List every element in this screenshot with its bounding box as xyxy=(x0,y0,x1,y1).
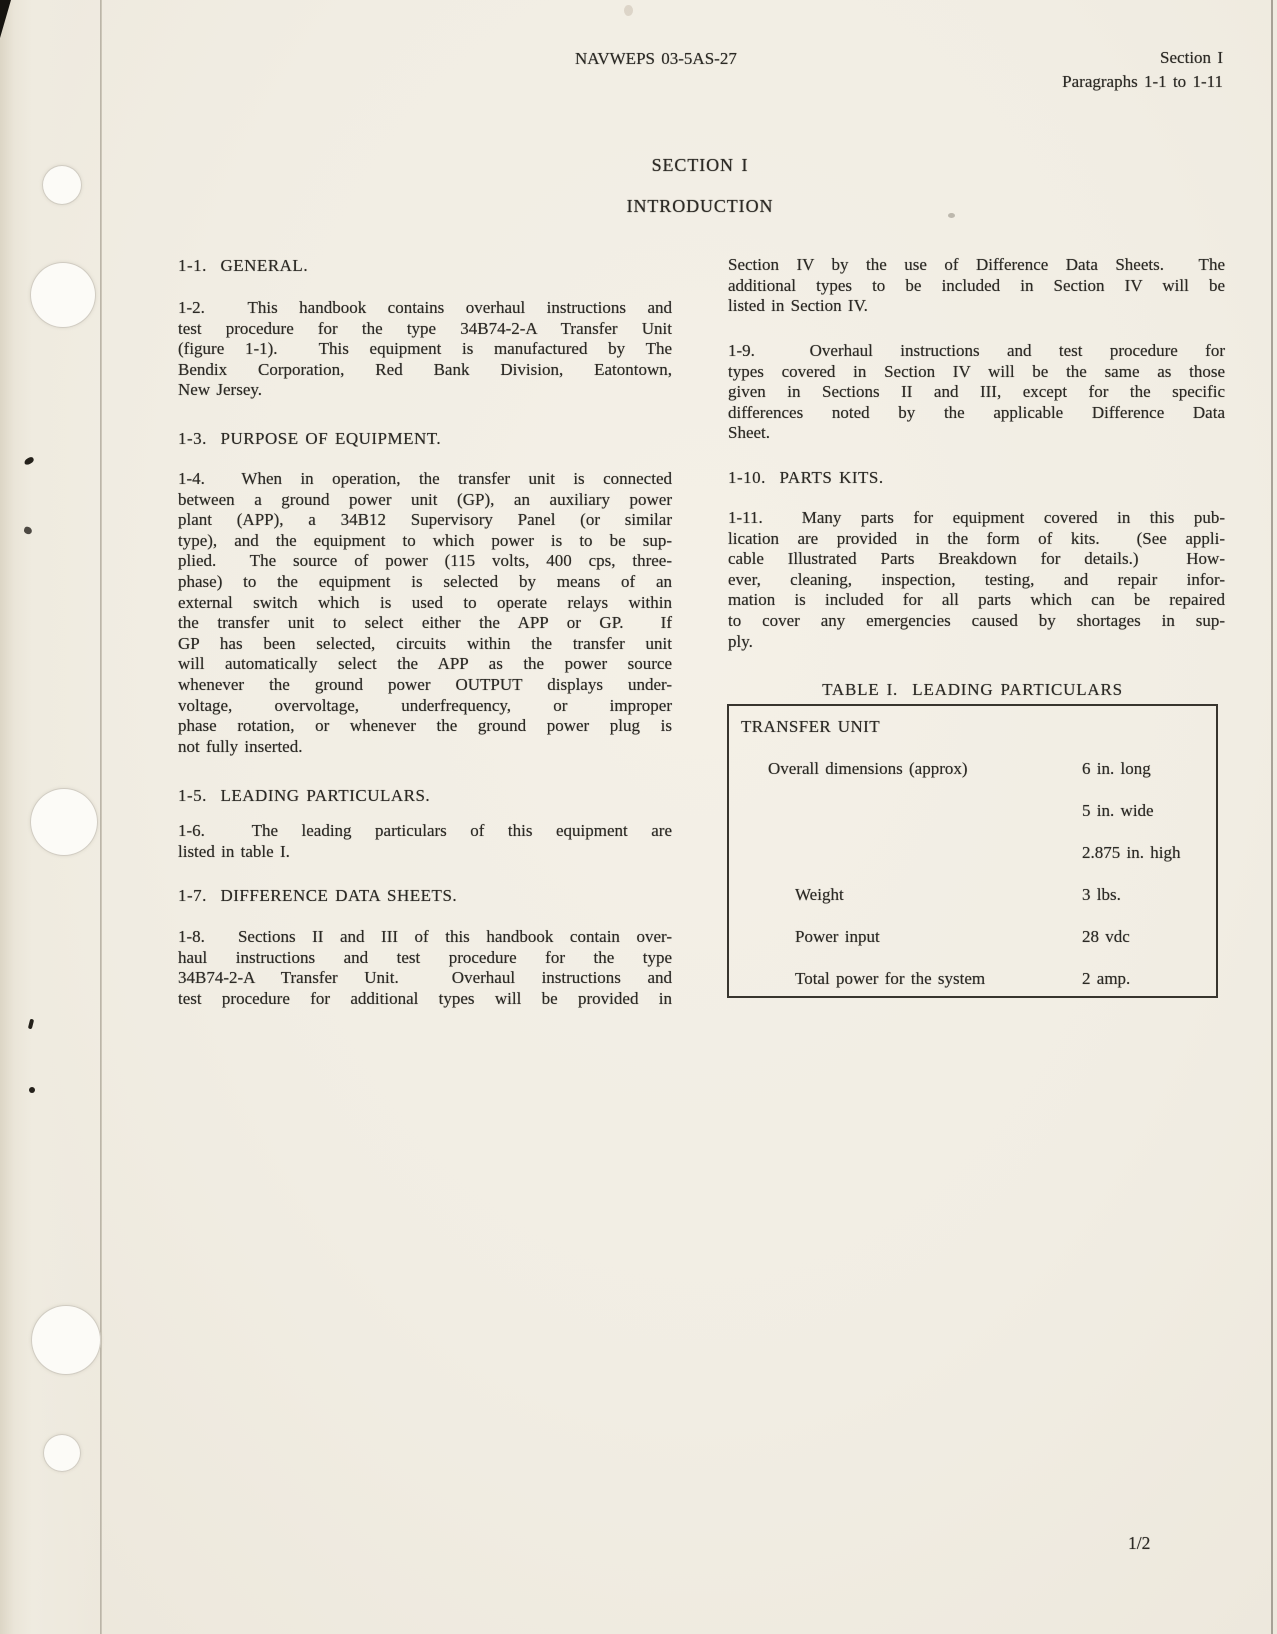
table-row: Total power for the system2 amp. xyxy=(741,969,1204,990)
text-line: 1-4. When in operation, the transfer uni… xyxy=(178,469,672,490)
text-line: type), and the equipment to which power … xyxy=(178,531,672,552)
text-line: given in Sections II and III, except for… xyxy=(728,382,1225,403)
page-number: 1/2 xyxy=(1128,1533,1150,1554)
paragraph-1-9: 1-9. Overhaul instructions and test proc… xyxy=(728,341,1225,444)
paragraph-ref: Paragraphs 1-1 to 1-11 xyxy=(905,70,1223,94)
text-line: Section IV by the use of Difference Data… xyxy=(728,255,1225,276)
doc-number: NAVWEPS 03-5AS-27 xyxy=(575,49,737,70)
text-line: plied. The source of power (115 volts, 4… xyxy=(178,551,672,572)
text-line: cable Illustrated Parts Breakdown for de… xyxy=(728,549,1225,570)
table-row-value: 2.875 in. high xyxy=(1082,843,1181,864)
table-row: TRANSFER UNIT xyxy=(741,717,1204,738)
text-line: lication are provided in the form of kit… xyxy=(728,529,1225,550)
table-row-label: Weight xyxy=(795,885,844,906)
text-line: external switch which is used to operate… xyxy=(178,593,672,614)
table-title: TABLE I. LEADING PARTICULARS xyxy=(727,680,1218,701)
text-line: New Jersey. xyxy=(178,380,672,401)
heading-1-3-purpose: 1-3. PURPOSE OF EQUIPMENT. xyxy=(178,429,672,450)
table-row: Power input28 vdc xyxy=(741,927,1204,948)
text-line: (figure 1-1). This equipment is manufact… xyxy=(178,339,672,360)
text-line: Sheet. xyxy=(728,423,1225,444)
ink-speck xyxy=(29,1087,35,1093)
text-line: haul instructions and test procedure for… xyxy=(178,948,672,969)
table-row-value: 5 in. wide xyxy=(1082,801,1154,822)
table-row-label: TRANSFER UNIT xyxy=(741,717,880,738)
binder-hole xyxy=(42,165,82,205)
table-row-value: 2 amp. xyxy=(1082,969,1130,990)
table-row: 5 in. wide xyxy=(741,801,1204,822)
section-ref: Section I xyxy=(905,46,1223,70)
text-line: ever, cleaning, inspection, testing, and… xyxy=(728,570,1225,591)
leading-particulars-table: TRANSFER UNITOverall dimensions (approx)… xyxy=(727,704,1218,998)
text-line: between a ground power unit (GP), an aux… xyxy=(178,490,672,511)
binder-hole xyxy=(43,1434,81,1472)
heading-1-5-leading-particulars: 1-5. LEADING PARTICULARS. xyxy=(178,786,672,807)
corner-ink-mark xyxy=(0,0,11,38)
text-line: phase rotation, or whenever the ground p… xyxy=(178,716,672,737)
heading-1-7-difference-data-sheets: 1-7. DIFFERENCE DATA SHEETS. xyxy=(178,886,672,907)
text-line: 34B74-2-A Transfer Unit. Overhaul instru… xyxy=(178,968,672,989)
text-line: differences noted by the applicable Diff… xyxy=(728,403,1225,424)
scan-seam-line xyxy=(100,0,102,1634)
table-row-value: 3 lbs. xyxy=(1082,885,1121,906)
table-row: 2.875 in. high xyxy=(741,843,1204,864)
text-line: test procedure for the type 34B74-2-A Tr… xyxy=(178,319,672,340)
text-line: voltage, overvoltage, underfrequency, or… xyxy=(178,696,672,717)
table-row: Weight3 lbs. xyxy=(741,885,1204,906)
section-subtitle: INTRODUCTION xyxy=(178,196,1222,217)
text-line: whenever the ground power OUTPUT display… xyxy=(178,675,672,696)
text-line: GP has been selected, circuits within th… xyxy=(178,634,672,655)
section-title: SECTION I xyxy=(178,155,1222,176)
text-line: 1-11. Many parts for equipment covered i… xyxy=(728,508,1225,529)
paragraph-1-4: 1-4. When in operation, the transfer uni… xyxy=(178,469,672,757)
binder-hole xyxy=(31,1305,101,1375)
text-line: 1-8. Sections II and III of this handboo… xyxy=(178,927,672,948)
text-line: ply. xyxy=(728,632,1225,653)
scan-right-edge-line xyxy=(1271,0,1273,1634)
text-line: additional types to be included in Secti… xyxy=(728,276,1225,297)
text-line: 1-2. This handbook contains overhaul ins… xyxy=(178,298,672,319)
text-line: test procedure for additional types will… xyxy=(178,989,672,1010)
text-line: Bendix Corporation, Red Bank Division, E… xyxy=(178,360,672,381)
paragraph-1-8-continuation: Section IV by the use of Difference Data… xyxy=(728,255,1225,317)
text-line: not fully inserted. xyxy=(178,737,672,758)
scanned-manual-page: NAVWEPS 03-5AS-27 Section I Paragraphs 1… xyxy=(0,0,1277,1634)
table-row-label: Overall dimensions (approx) xyxy=(768,759,968,780)
paragraph-1-8: 1-8. Sections II and III of this handboo… xyxy=(178,927,672,1009)
header-right-block: Section I Paragraphs 1-1 to 1-11 xyxy=(905,46,1223,93)
table-row: Overall dimensions (approx)6 in. long xyxy=(741,759,1204,780)
paragraph-1-2: 1-2. This handbook contains overhaul ins… xyxy=(178,298,672,401)
paragraph-1-6: 1-6. The leading particulars of this equ… xyxy=(178,821,672,862)
text-line: the transfer unit to select either the A… xyxy=(178,613,672,634)
text-line: 1-6. The leading particulars of this equ… xyxy=(178,821,672,842)
heading-1-10-parts-kits: 1-10. PARTS KITS. xyxy=(728,468,1225,489)
text-line: 1-9. Overhaul instructions and test proc… xyxy=(728,341,1225,362)
text-line: listed in table I. xyxy=(178,842,672,863)
text-line: types covered in Section IV will be the … xyxy=(728,362,1225,383)
binder-hole xyxy=(30,788,98,856)
text-line: listed in Section IV. xyxy=(728,296,1225,317)
binder-hole xyxy=(30,262,96,328)
table-row-label: Total power for the system xyxy=(795,969,985,990)
text-line: mation is included for all parts which c… xyxy=(728,590,1225,611)
paragraph-1-11: 1-11. Many parts for equipment covered i… xyxy=(728,508,1225,652)
heading-1-1-general: 1-1. GENERAL. xyxy=(178,256,672,277)
table-row-value: 6 in. long xyxy=(1082,759,1151,780)
text-line: plant (APP), a 34B12 Supervisory Panel (… xyxy=(178,510,672,531)
text-line: phase) to the equipment is selected by m… xyxy=(178,572,672,593)
text-line: will automatically select the APP as the… xyxy=(178,654,672,675)
ink-speck xyxy=(624,5,633,16)
table-row-value: 28 vdc xyxy=(1082,927,1130,948)
table-row-label: Power input xyxy=(795,927,880,948)
text-line: to cover any emergencies caused by short… xyxy=(728,611,1225,632)
